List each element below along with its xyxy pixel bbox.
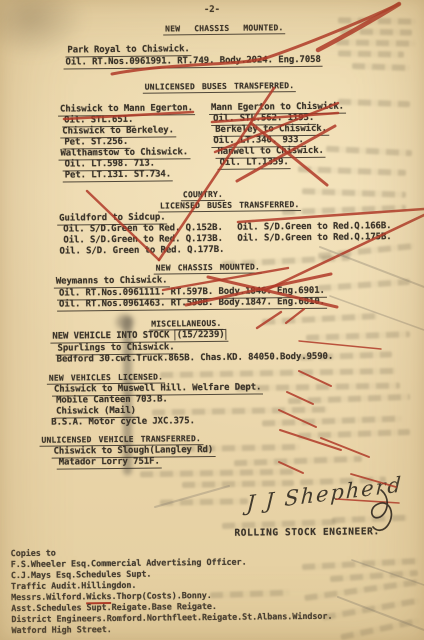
vehicle-data-line: Oil. RT.Nos.0961463. RT.598B. Body.1847.… bbox=[59, 297, 327, 310]
route-line: Spurlings to Chiswick. bbox=[57, 342, 176, 353]
data-text: Matador Lorry 751F. bbox=[57, 457, 162, 470]
vehicle-data-line: Pet. ST.256. bbox=[64, 137, 130, 148]
vehicle-data-line: Matador Lorry 751F. bbox=[59, 457, 162, 468]
section-heading-unlicensed-buses: UNLICENSED BUSES TRANSFERRED. bbox=[145, 81, 297, 92]
section-heading-unlicensed-vehicle: UNLICENSED VEHICLE TRANSFERRED. bbox=[41, 434, 203, 445]
stock-entry-text: NEW VEHICLE INTO STOCK (15/2239) bbox=[50, 330, 228, 344]
vehicle-data-line: Bedford 30.cwt.Truck.865B. Chas.KD. 8405… bbox=[57, 352, 334, 365]
vehicle-data-line: Oil. S/D.Green to Red.Q.166B. bbox=[237, 221, 391, 233]
data-text: Oil. RT.Nos.0961463. RT.598B. Body.1847.… bbox=[57, 297, 327, 312]
route-line: Chiswick to Muswell Hill. Welfare Dept. bbox=[54, 382, 264, 394]
section-heading-miscellaneous: MISCELLANEOUS. bbox=[151, 319, 223, 329]
route-line: Mann Egerton to Chiswick. bbox=[211, 102, 346, 113]
signature-title: ROLLING STOCK ENGINEER. bbox=[234, 526, 379, 539]
route-line: Hanwell to Chiswick. bbox=[217, 146, 325, 157]
stock-label: NEW VEHICLE INTO STOCK bbox=[52, 330, 174, 341]
route-line: Guildford to Sidcup. bbox=[59, 212, 167, 223]
route-line: Chiswick to Mann Egerton. bbox=[60, 103, 195, 114]
section-heading-new-vehicles-licensed: NEW VEHICLES LICENSED. bbox=[49, 372, 165, 382]
stock-reference: (15/2239) bbox=[175, 329, 227, 341]
heading-text: LICENSED BUSES TRANSFERRED. bbox=[158, 200, 302, 213]
vehicle-data-line: Oil. RT.Nos.0961991. RT.749. Body.2024. … bbox=[65, 55, 322, 68]
vehicle-data-line: Pet. LT.131. ST.734. bbox=[65, 169, 173, 180]
heading-text: NEW CHASSIS MOUNTED. bbox=[163, 23, 285, 35]
vehicle-data-line: B.S.A. Motor cycle JXC.375. bbox=[51, 416, 195, 428]
copies-recipient: Watford High Street. bbox=[11, 625, 111, 636]
section-heading-new-chassis-mounted-2: NEW CHASSIS MOUNTED. bbox=[156, 262, 262, 272]
route-line: Chiswick (Mail) bbox=[56, 406, 138, 417]
heading-text: NEW CHASSIS MOUNTED. bbox=[154, 262, 262, 274]
vehicle-data-line: Oil. STL.651. bbox=[64, 115, 135, 126]
section-heading-licensed-buses: LICENSED BUSES TRANSFERRED. bbox=[160, 200, 302, 210]
vehicle-data-line: Oil. LT.1359. bbox=[220, 157, 291, 168]
vehicle-data-line: Oil. S/D.Green to Red.Q.175B. bbox=[237, 232, 391, 244]
vehicle-data-line: Oil. LT.598. 713. bbox=[65, 159, 158, 170]
section-heading-country: COUNTRY. bbox=[183, 190, 225, 199]
heading-text: COUNTRY. bbox=[181, 190, 225, 201]
copies-text: .Thorp(Costs).Bonny. bbox=[111, 591, 211, 602]
vehicle-data-line: Oil. S/D. Green to Red. Q.177B. bbox=[59, 245, 224, 257]
copies-text: Messrs.Wilford. bbox=[11, 592, 86, 603]
vehicle-data-line: Oil. STL.562. 1193. bbox=[213, 113, 316, 124]
copies-recipient: Messrs.Wilford.Wicks.Thorp(Costs).Bonny. bbox=[11, 591, 212, 603]
heading-text: UNLICENSED BUSES TRANSFERRED. bbox=[143, 81, 297, 94]
vehicle-data-line: Mobile Canteen 703.B. bbox=[56, 394, 168, 405]
copies-recipient: District Engineers.Romford.Northfleet.Re… bbox=[11, 612, 332, 625]
copies-label: Copies to bbox=[11, 549, 56, 559]
route-line: Weymanns to Chiswick. bbox=[56, 275, 170, 286]
data-text: Oil. LT.1359. bbox=[218, 157, 291, 170]
vehicle-data-line: Oil. S/D.Green to Red. Q.152B. bbox=[63, 223, 223, 235]
stock-entry-line: NEW VEHICLE INTO STOCK (15/2239) bbox=[52, 330, 228, 342]
route-line: Chiswick to Berkeley. bbox=[62, 125, 176, 136]
copies-recipient: C.J.Mays Esq.Schedules Supt. bbox=[11, 570, 152, 581]
vehicle-data-line: Oil. S/D.Green to Red. Q.173B. bbox=[63, 234, 223, 246]
vehicle-data-line: Oil. LT.340. 933. bbox=[213, 135, 306, 146]
section-heading-new-chassis-mounted: NEW CHASSIS MOUNTED. bbox=[165, 23, 285, 33]
copies-recipient: Traffic Audit.Hillingdon. bbox=[11, 581, 137, 592]
data-text: Oil. RT.Nos.0961991. RT.749. Body.2024. … bbox=[63, 55, 322, 70]
route-line: Berkeley to Chiswick. bbox=[215, 124, 329, 135]
typed-document: -2- NEW CHASSIS MOUNTED. Park Royal to C… bbox=[0, 0, 424, 640]
data-text: Pet. LT.131. ST.734. bbox=[63, 169, 173, 182]
route-line: Chiswick to Slough(Langley Rd) bbox=[54, 445, 216, 457]
route-line: Park Royal to Chiswick. bbox=[67, 44, 191, 55]
copies-recipient: F.S.Wheeler Esq.Commercial Advertising O… bbox=[11, 558, 247, 570]
route-line: Walthamstow to Chiswick. bbox=[60, 147, 190, 158]
page-number: -2- bbox=[204, 5, 220, 15]
